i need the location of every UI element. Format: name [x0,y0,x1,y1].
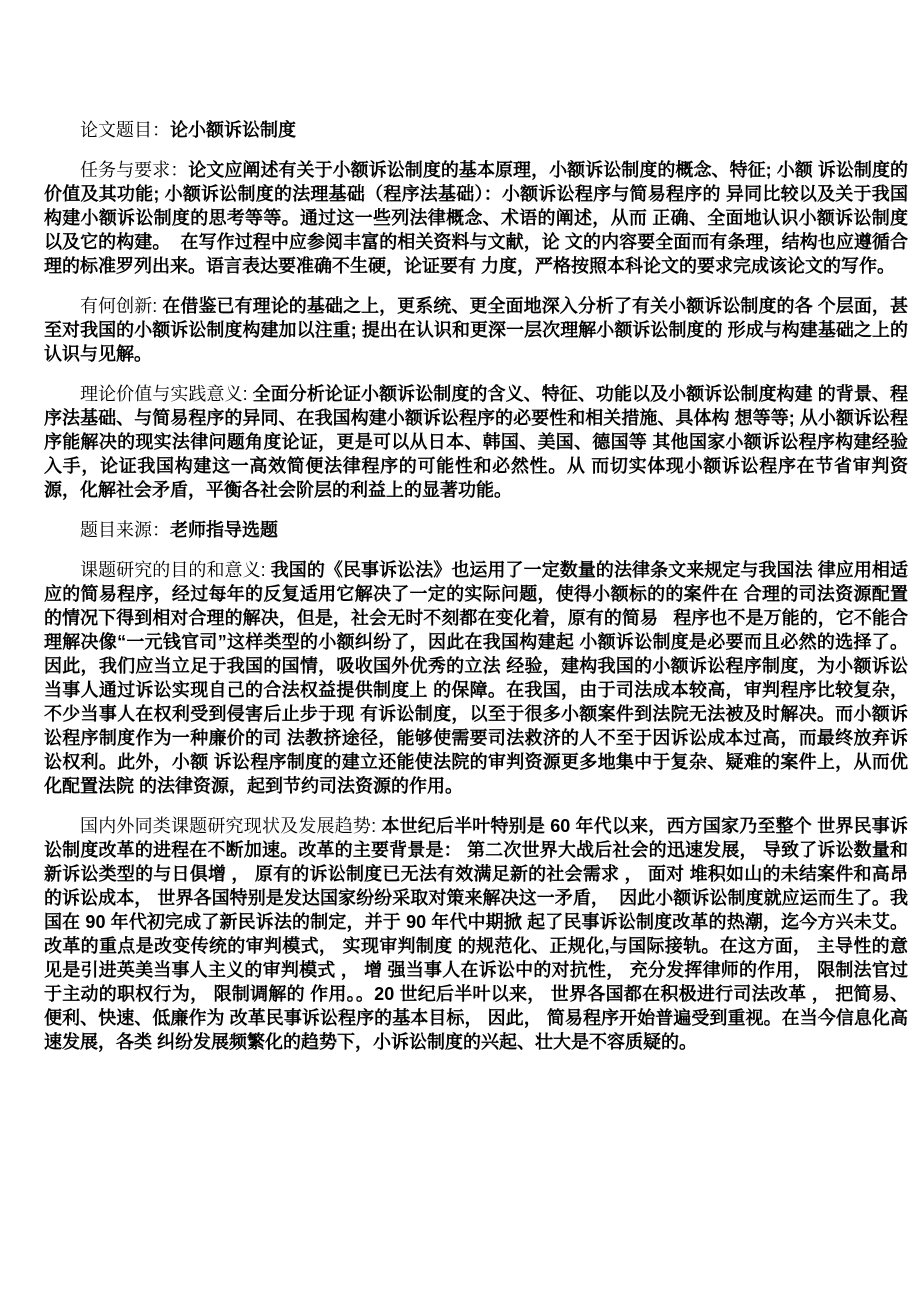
thesis-title-label: 论文题目： [80,120,170,140]
document-page: 论文题目：论小额诉讼制度 任务与要求：论文应阐述有关于小额诉讼制度的基本原理，小… [0,0,920,1302]
paragraph-research-status-trends: 国内外同类课题研究现状及发展趋势: 本世纪后半叶特别是 60 年代以来，西方国家… [44,814,908,1054]
innovation-label: 有何创新: [80,296,162,316]
research-status-trends-value: 本世纪后半叶特别是 60 年代以来，西方国家乃至整个 世界民事诉讼制度改革的进程… [44,816,908,1052]
paragraph-innovation: 有何创新: 在借鉴已有理论的基础之上，更系统、更全面地深入分析了有关小额诉讼制度… [44,294,908,366]
paragraph-tasks-requirements: 任务与要求：论文应阐述有关于小额诉讼制度的基本原理，小额诉讼制度的概念、特征; … [44,158,908,278]
research-purpose-value: 我国的《民事诉讼法》也运用了一定数量的法律条文来规定与我国法 律应用相适应的简易… [44,560,908,796]
research-purpose-label: 课题研究的目的和意义: [80,560,271,580]
research-status-trends-label: 国内外同类课题研究现状及发展趋势: [80,816,381,836]
theoretical-value-label: 理论价值与实践意义: [80,384,253,404]
paragraph-thesis-title: 论文题目：论小额诉讼制度 [44,118,908,142]
document-body: 论文题目：论小额诉讼制度 任务与要求：论文应阐述有关于小额诉讼制度的基本原理，小… [44,118,908,1070]
topic-source-label: 题目来源： [80,520,170,540]
tasks-requirements-label: 任务与要求： [80,160,188,180]
paragraph-topic-source: 题目来源：老师指导选题 [44,518,908,542]
thesis-title-value: 论小额诉讼制度 [170,120,296,140]
paragraph-theoretical-value: 理论价值与实践意义: 全面分析论证小额诉讼制度的含义、特征、功能以及小额诉讼制度… [44,382,908,502]
paragraph-research-purpose: 课题研究的目的和意义: 我国的《民事诉讼法》也运用了一定数量的法律条文来规定与我… [44,558,908,798]
topic-source-value: 老师指导选题 [170,520,278,540]
innovation-value: 在借鉴已有理论的基础之上，更系统、更全面地深入分析了有关小额诉讼制度的各 个层面… [44,296,908,364]
